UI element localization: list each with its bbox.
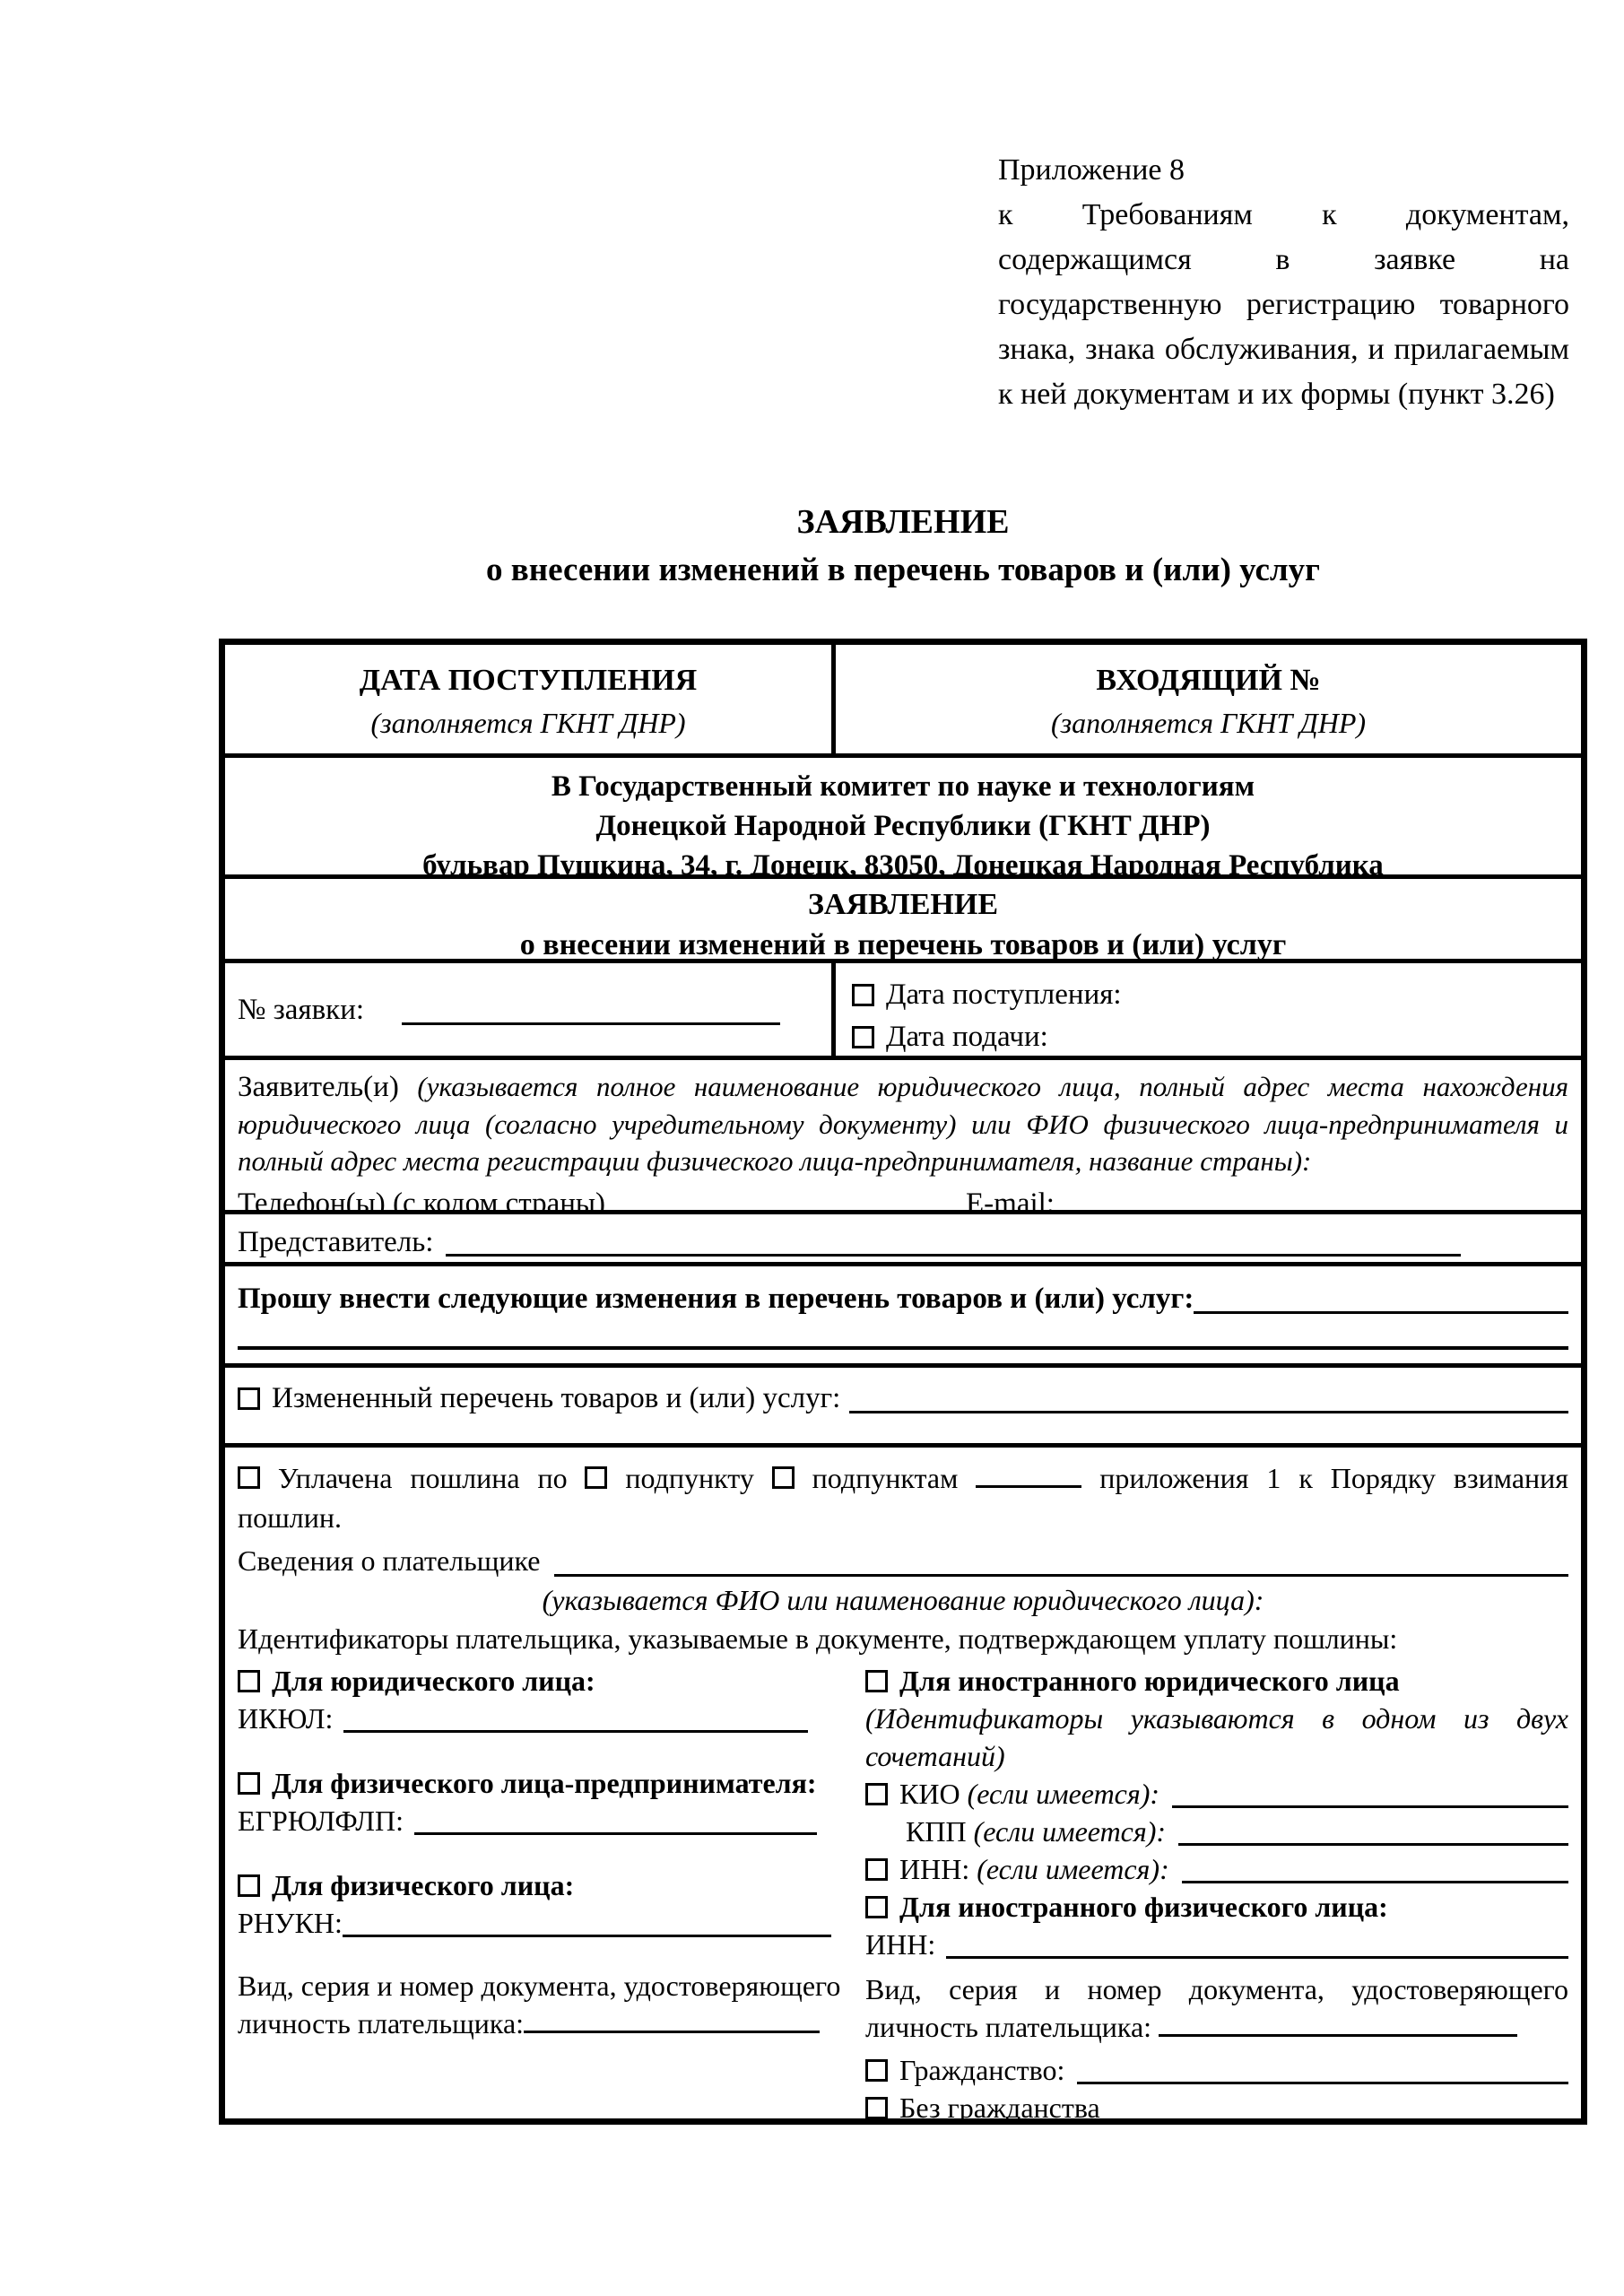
payer-note: (указывается ФИО или наименование юридич…: [238, 1581, 1568, 1619]
applicant-row: Заявитель(и) (указывается полное наимено…: [225, 1056, 1581, 1210]
payer-foreign-column: Для иностранного юридического лица (Иден…: [865, 1662, 1568, 2118]
citizenship-checkbox[interactable]: [865, 2059, 888, 2082]
incoming-number-stamp-note: (заполняется ГКНТ ДНР): [836, 702, 1581, 744]
applicant-note-text: (указывается полное наименование юридиче…: [238, 1071, 1568, 1177]
amended-list-label: Измененный перечень товаров и (или) услу…: [272, 1378, 840, 1418]
kpp-line: КПП (если имеется):: [865, 1813, 1568, 1850]
fee-subitems-field[interactable]: [976, 1485, 1081, 1488]
addressee-line-3: бульвар Пушкина, 34, г. Донецк, 83050, Д…: [225, 846, 1581, 874]
foreign-legal-label: Для иностранного юридического лица: [899, 1662, 1400, 1700]
kpp-label: КПП: [906, 1815, 967, 1848]
citizenship-field[interactable]: [1077, 2082, 1568, 2084]
entrepreneur-checkbox[interactable]: [238, 1772, 260, 1795]
subtitle-line: о внесении изменений в перечень товаров …: [219, 545, 1587, 596]
document-title: ЗАЯВЛЕНИЕ о внесении изменений в перечен…: [219, 499, 1587, 596]
application-number-field[interactable]: [402, 1022, 780, 1025]
addressee-line-1: В Государственный комитет по науке и тех…: [225, 767, 1581, 806]
document-page: Приложение 8 к Требованиям к документам,…: [0, 0, 1624, 2296]
foreign-legal-note: (Идентификаторы указываются в одном из д…: [865, 1700, 1568, 1775]
statement-subtitle: о внесении изменений в перечень товаров …: [225, 925, 1581, 959]
request-field[interactable]: [1194, 1311, 1568, 1314]
kio-note: (если имеется):: [968, 1778, 1160, 1810]
date-received-option: Дата поступления:: [852, 974, 1581, 1016]
amended-list-field[interactable]: [849, 1411, 1568, 1413]
kpp-field[interactable]: [1178, 1843, 1568, 1846]
phone-label: Телефон(ы) (с кодом страны): [238, 1187, 605, 1210]
application-number-row: № заявки: Дата поступления: Дата подачи:: [225, 959, 1581, 1056]
stateless-label: Без гражданства: [899, 2089, 1100, 2118]
appendix-reference-text: к Требованиям к документам, содержащимся…: [998, 193, 1569, 417]
payer-info-field[interactable]: [554, 1574, 1568, 1577]
foreign-legal-option: Для иностранного юридического лица: [865, 1662, 1568, 1700]
email-label: E-mail:: [966, 1184, 1055, 1210]
date-received-checkbox[interactable]: [852, 984, 874, 1006]
egryulflp-label: ЕГРЮЛФЛП:: [238, 1802, 404, 1839]
payer-domestic-column: Для юридического лица: ИКЮЛ: Для физичес…: [238, 1662, 865, 2118]
request-extra-line-field[interactable]: [238, 1346, 1568, 1350]
fee-paid-line: Уплачена пошлина по подпункту подпунктам…: [238, 1458, 1568, 1498]
payer-id-doc-left: Вид, серия и номер документа, удостоверя…: [238, 1967, 844, 2042]
appendix-number: Приложение 8: [998, 148, 1569, 193]
kio-field[interactable]: [1172, 1805, 1568, 1808]
entrepreneur-option: Для физического лица-предпринимателя:: [238, 1764, 844, 1802]
payer-id-doc-right: Вид, серия и номер документа, удостоверя…: [865, 1970, 1568, 2046]
ikyul-line: ИКЮЛ:: [238, 1700, 844, 1737]
payer-id-doc-right-field[interactable]: [1159, 2034, 1517, 2037]
title-line: ЗАЯВЛЕНИЕ: [219, 499, 1587, 545]
fee-paid-label: Уплачена пошлина по: [278, 1462, 568, 1494]
amended-list-checkbox[interactable]: [238, 1387, 260, 1410]
payer-id-doc-right-label: Вид, серия и номер документа, удостоверя…: [865, 1973, 1568, 2043]
egryulflp-line: ЕГРЮЛФЛП:: [238, 1802, 844, 1839]
representative-field[interactable]: [446, 1254, 1461, 1257]
date-received-label: Дата поступления:: [886, 974, 1122, 1016]
date-filed-label: Дата подачи:: [886, 1016, 1048, 1056]
fee-subitems-checkbox[interactable]: [772, 1466, 795, 1489]
inn-note: (если имеется):: [977, 1853, 1169, 1885]
foreign-legal-checkbox[interactable]: [865, 1670, 888, 1692]
foreign-individual-checkbox[interactable]: [865, 1896, 888, 1918]
statement-title: ЗАЯВЛЕНИЕ: [225, 884, 1581, 925]
rnukn-line: РНУКН:: [238, 1904, 844, 1942]
individual-option: Для физического лица:: [238, 1866, 844, 1904]
representative-label: Представитель:: [238, 1226, 433, 1259]
payer-columns: Для юридического лица: ИКЮЛ: Для физичес…: [238, 1662, 1568, 2118]
date-received-stamp-title: ДАТА ПОСТУПЛЕНИЯ: [225, 659, 831, 702]
individual-label: Для физического лица:: [272, 1866, 574, 1904]
date-received-stamp-note: (заполняется ГКНТ ДНР): [225, 702, 831, 744]
addressee-line-2: Донецкой Народной Республики (ГКНТ ДНР): [225, 806, 1581, 846]
legal-entity-label: Для юридического лица:: [272, 1662, 595, 1700]
phone-email-line: Телефон(ы) (с кодом страны) E-mail:: [238, 1184, 1568, 1210]
statement-title-row: ЗАЯВЛЕНИЕ о внесении изменений в перечен…: [225, 874, 1581, 959]
addressee-row: В Государственный комитет по науке и тех…: [225, 753, 1581, 874]
foreign-inn-field[interactable]: [946, 1956, 1568, 1959]
date-received-stamp-cell: ДАТА ПОСТУПЛЕНИЯ (заполняется ГКНТ ДНР): [225, 645, 836, 753]
egryulflp-field[interactable]: [414, 1832, 817, 1835]
inn-label: ИНН:: [899, 1853, 969, 1885]
appendix-header: Приложение 8 к Требованиям к документам,…: [998, 148, 1569, 417]
fee-row: Уплачена пошлина по подпункту подпунктам…: [225, 1443, 1581, 2118]
stamp-row: ДАТА ПОСТУПЛЕНИЯ (заполняется ГКНТ ДНР) …: [225, 645, 1581, 753]
payer-id-doc-left-label: Вид, серия и номер документа, удостоверя…: [238, 1970, 840, 2039]
kio-checkbox[interactable]: [865, 1783, 888, 1805]
fee-paid-line-tail: пошлин.: [238, 1498, 1568, 1537]
inn-checkbox[interactable]: [865, 1858, 888, 1881]
fee-appendix-ref: приложения 1 к Порядку взимания: [1099, 1462, 1568, 1494]
fee-paid-checkbox[interactable]: [238, 1466, 260, 1489]
individual-checkbox[interactable]: [238, 1874, 260, 1897]
amended-list-row: Измененный перечень товаров и (или) услу…: [225, 1363, 1581, 1443]
application-form: ДАТА ПОСТУПЛЕНИЯ (заполняется ГКНТ ДНР) …: [219, 639, 1587, 2125]
payer-identifiers-label: Идентификаторы плательщика, указываемые …: [238, 1619, 1568, 1658]
inn-line: ИНН: (если имеется):: [865, 1850, 1568, 1888]
entrepreneur-label: Для физического лица-предпринимателя:: [272, 1764, 817, 1802]
date-filed-option: Дата подачи:: [852, 1016, 1581, 1056]
payer-id-doc-left-field[interactable]: [524, 2031, 820, 2033]
legal-entity-option: Для юридического лица:: [238, 1662, 844, 1700]
application-number-label: № заявки:: [238, 990, 364, 1030]
kio-line: КИО (если имеется):: [865, 1775, 1568, 1813]
application-number-cell: № заявки:: [225, 963, 836, 1056]
kio-label: КИО: [899, 1778, 960, 1810]
citizenship-line: Гражданство:: [865, 2051, 1568, 2089]
stateless-line: Без гражданства: [865, 2089, 1568, 2118]
application-dates-cell: Дата поступления: Дата подачи:: [836, 963, 1581, 1056]
foreign-individual-label: Для иностранного физического лица:: [899, 1888, 1388, 1926]
kpp-note: (если имеется):: [974, 1815, 1167, 1848]
applicant-note: Заявитель(и) (указывается полное наимено…: [238, 1068, 1568, 1179]
rnukn-label: РНУКН:: [238, 1904, 343, 1942]
representative-row: Представитель:: [225, 1210, 1581, 1262]
stateless-checkbox[interactable]: [865, 2097, 888, 2119]
foreign-inn-line: ИНН:: [865, 1926, 1568, 1963]
legal-entity-checkbox[interactable]: [238, 1670, 260, 1692]
rnukn-field[interactable]: [343, 1935, 831, 1937]
payer-info-line: Сведения о плательщике: [238, 1540, 1568, 1581]
applicant-label: Заявитель(и): [238, 1071, 399, 1103]
ikyul-label: ИКЮЛ:: [238, 1700, 333, 1737]
payer-info-label: Сведения о плательщике: [238, 1540, 540, 1581]
ikyul-field[interactable]: [343, 1730, 808, 1733]
inn-field[interactable]: [1182, 1881, 1568, 1883]
foreign-individual-option: Для иностранного физического лица:: [865, 1888, 1568, 1926]
incoming-number-stamp-title: ВХОДЯЩИЙ №: [836, 659, 1581, 702]
fee-subitem-label: подпункту: [625, 1462, 753, 1494]
foreign-inn-label: ИНН:: [865, 1926, 935, 1963]
incoming-number-stamp-cell: ВХОДЯЩИЙ № (заполняется ГКНТ ДНР): [836, 645, 1581, 753]
fee-subitem-checkbox[interactable]: [585, 1466, 607, 1489]
date-filed-checkbox[interactable]: [852, 1026, 874, 1048]
fee-subitems-label: подпунктам: [812, 1462, 959, 1494]
request-row: Прошу внести следующие изменения в переч…: [225, 1262, 1581, 1363]
request-label: Прошу внести следующие изменения в переч…: [238, 1279, 1194, 1318]
citizenship-label: Гражданство:: [899, 2051, 1064, 2089]
